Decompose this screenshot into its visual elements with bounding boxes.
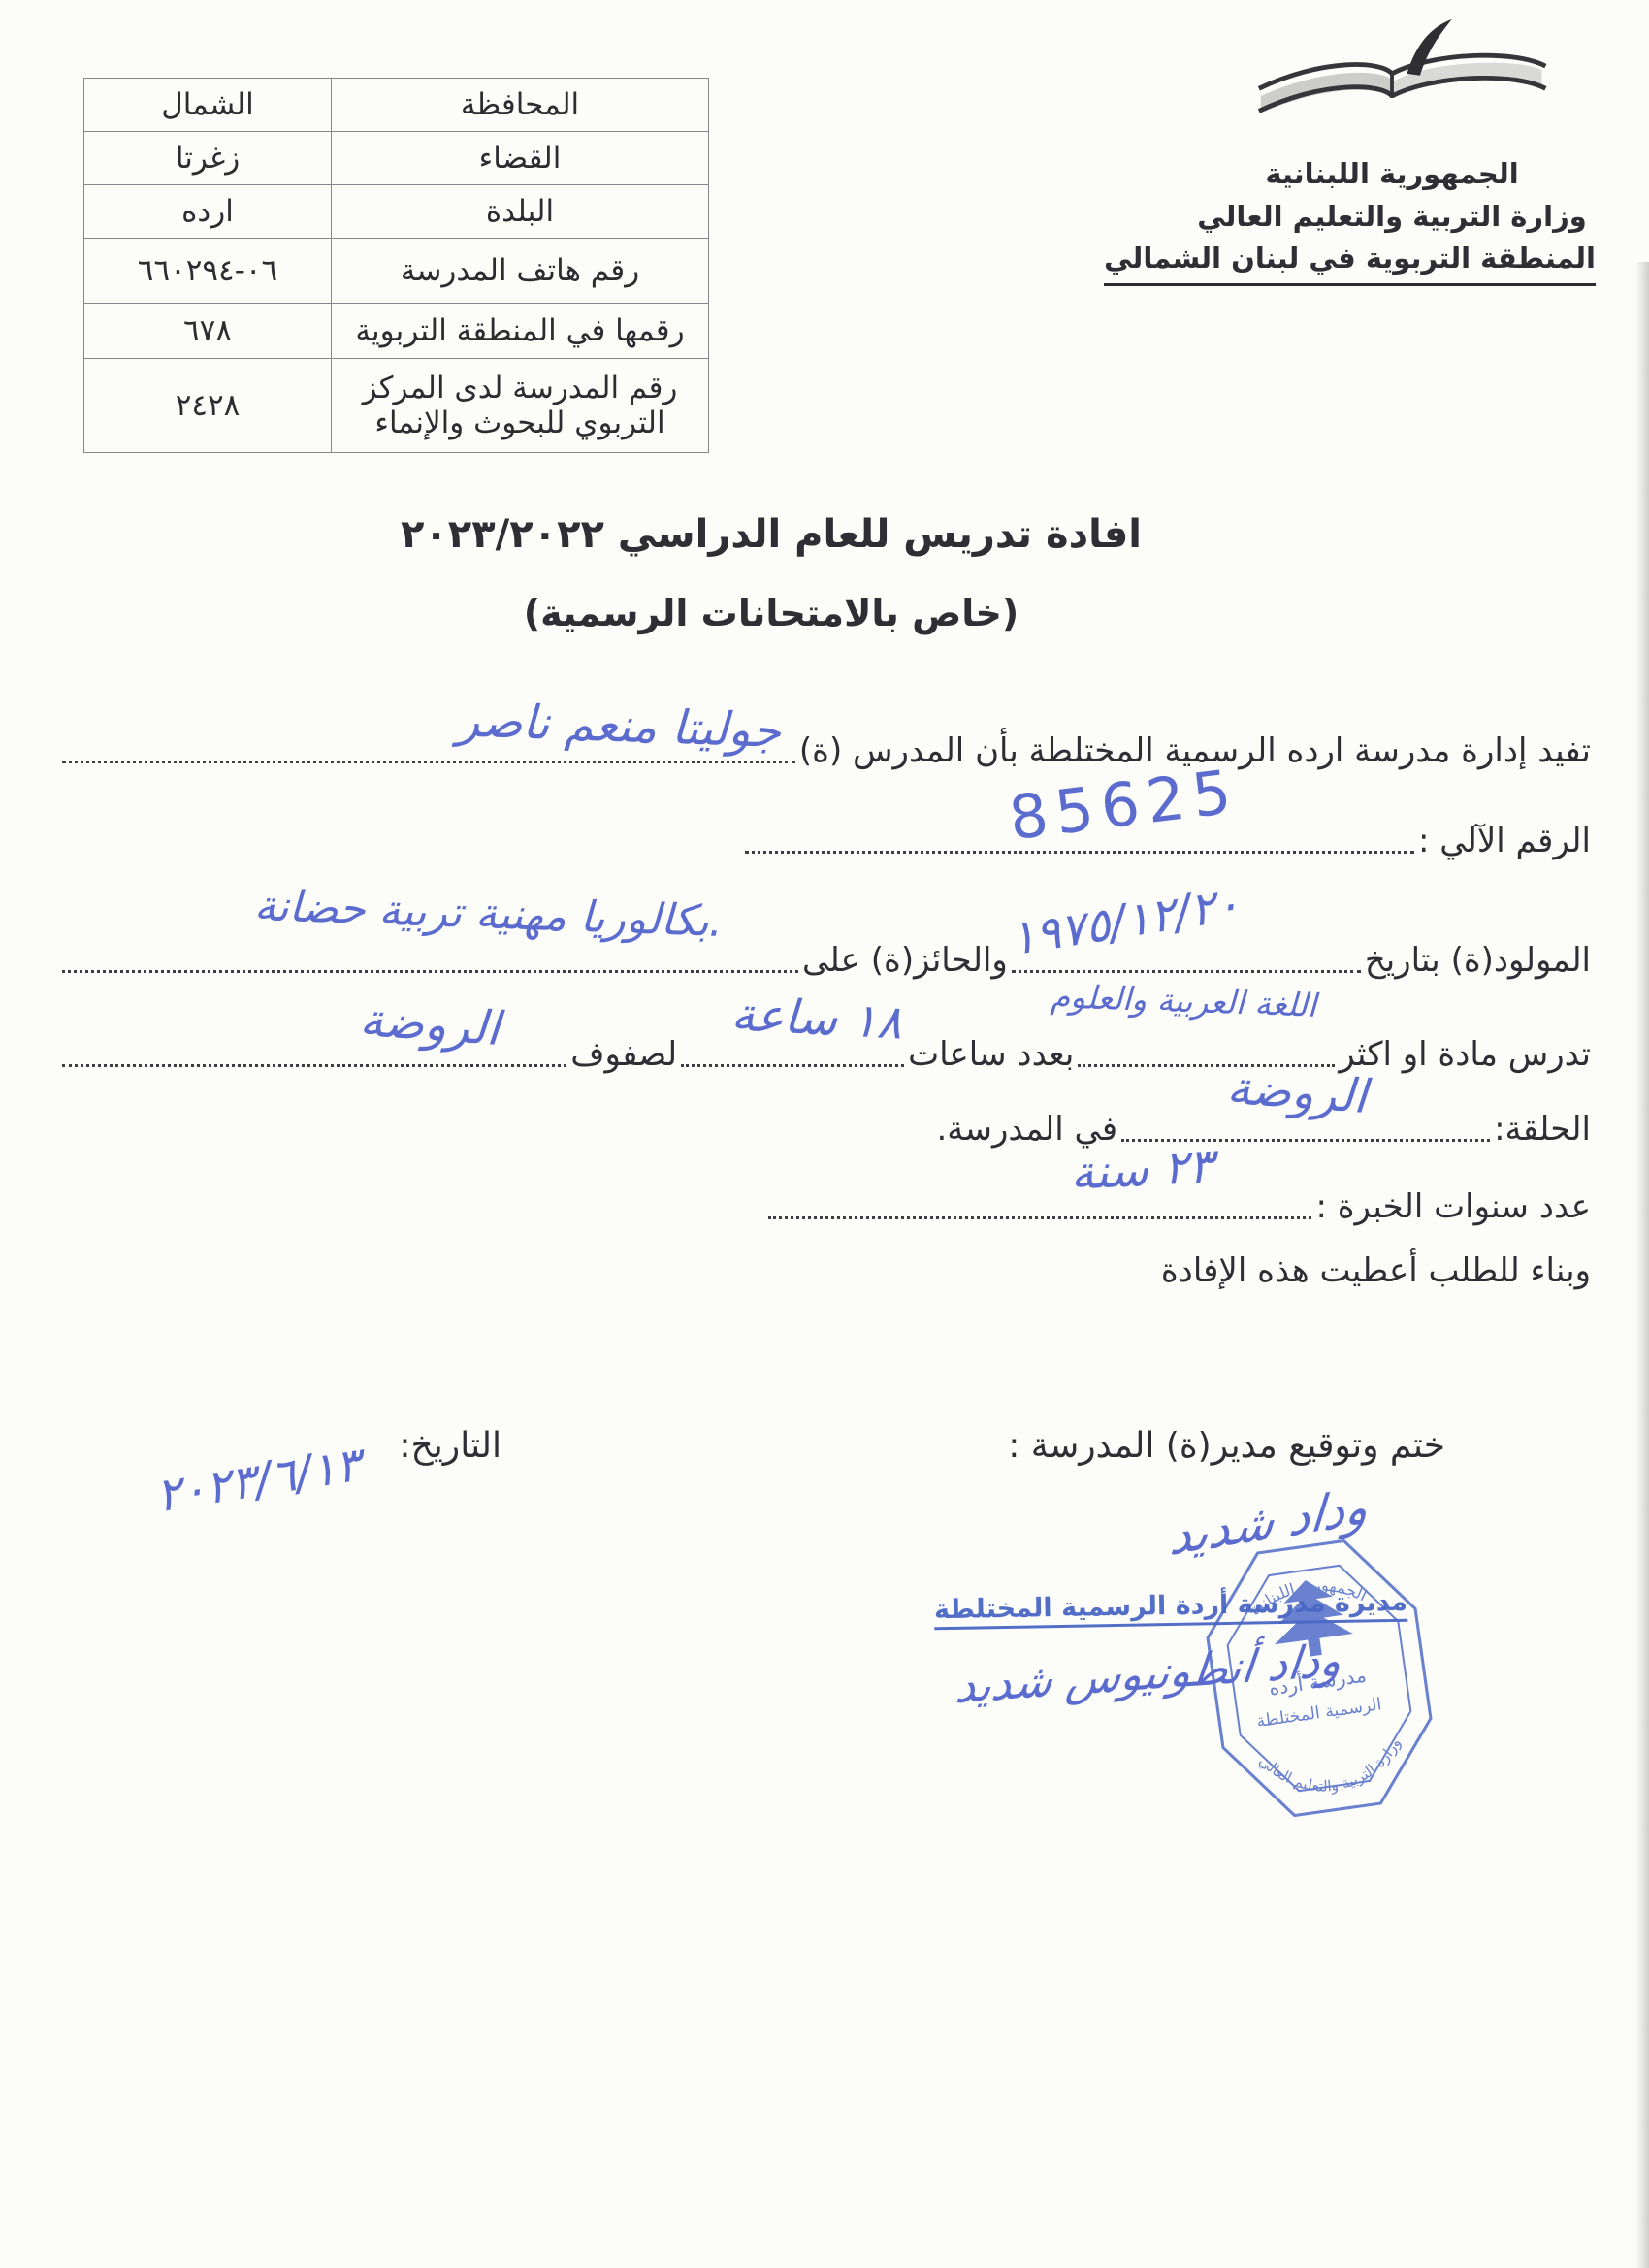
issued-statement: وبناء للطلب أعطيت هذه الإفادة <box>1161 1249 1591 1292</box>
scan-edge-shadow <box>1635 262 1649 2268</box>
dotted-line <box>1012 960 1361 973</box>
seal-school-type: الرسمية المختلطة <box>1255 1695 1382 1732</box>
letterhead-line-region: المنطقة التربوية في لبنان الشمالي <box>1104 238 1596 286</box>
subjects-label: تدرس مادة او اكثر <box>1339 1033 1591 1076</box>
handwritten-subjects: اللغة العربية والعلوم <box>1037 977 1329 1024</box>
birthdate-label: المولود(ة) بتاريخ <box>1365 939 1591 982</box>
body-line-birth-degree: المولود(ة) بتاريخ والحائز(ة) على <box>58 939 1591 982</box>
document-title: افادة تدريس للعام الدراسي ٢٠٢٣/٢٠٢٢ <box>0 512 1542 557</box>
document-subtitle: (خاص بالامتحانات الرسمية) <box>0 592 1542 634</box>
date-label: التاريخ: <box>399 1426 501 1466</box>
dotted-line <box>681 1054 904 1067</box>
table-cell-value: ٢٤٢٨ <box>84 359 332 453</box>
experience-label: عدد سنوات الخبرة : <box>1315 1185 1591 1228</box>
table-cell-value: الشمال <box>84 79 332 132</box>
dotted-line <box>62 960 798 973</box>
table-cell-label: رقم المدرسة لدى المركز التربوي للبحوث وا… <box>332 359 709 453</box>
in-school-label: في المدرسة. <box>936 1108 1117 1150</box>
body-line-issued: وبناء للطلب أعطيت هذه الإفادة <box>1161 1249 1591 1292</box>
handwritten-degree: بكالوريا مهنية تربية حضانة. <box>44 874 724 947</box>
letterhead-line-republic: الجمهورية اللبنانية <box>1188 153 1596 196</box>
table-row: رقم المدرسة لدى المركز التربوي للبحوث وا… <box>84 359 709 453</box>
table-row: رقم هاتف المدرسة ٠٦-٦٦٠٢٩٤ <box>84 239 709 304</box>
table-cell-label: المحافظة <box>332 79 709 132</box>
dotted-line <box>768 1207 1311 1219</box>
principal-stamp-signature-label: ختم وتوقيع مدير(ة) المدرسة : <box>1008 1426 1445 1466</box>
open-book-logo <box>1232 16 1552 151</box>
letterhead-line-ministry: وزارة التربية والتعليم العالي <box>1188 196 1596 239</box>
handwritten-date: ٢٠٢٣/٦/١٣ <box>152 1438 365 1524</box>
title-block: افادة تدريس للعام الدراسي ٢٠٢٣/٢٠٢٢ (خاص… <box>0 512 1542 634</box>
table-cell-label: رقمها في المنطقة التربوية <box>332 304 709 359</box>
table-row: البلدة ارده <box>84 185 709 239</box>
info-table-body: المحافظة الشمال القضاء زغرتا البلدة ارده… <box>84 79 709 453</box>
table-cell-label: القضاء <box>332 132 709 185</box>
letterhead: الجمهورية اللبنانية وزارة التربية والتعل… <box>1188 16 1596 286</box>
table-cell-label: رقم هاتف المدرسة <box>332 239 709 304</box>
info-table: المحافظة الشمال القضاء زغرتا البلدة ارده… <box>83 78 709 453</box>
table-cell-value: ٦٧٨ <box>84 304 332 359</box>
cycle-label: الحلقة: <box>1494 1108 1591 1150</box>
table-row: رقمها في المنطقة التربوية ٦٧٨ <box>84 304 709 359</box>
table-cell-label: البلدة <box>332 185 709 239</box>
table-row: القضاء زغرتا <box>84 132 709 185</box>
dotted-line <box>62 1054 566 1067</box>
hours-label: بعدد ساعات <box>908 1033 1074 1076</box>
table-cell-value: زغرتا <box>84 132 332 185</box>
table-cell-value: ارده <box>84 185 332 239</box>
table-row: المحافظة الشمال <box>84 79 709 132</box>
auto-number-label: الرقم الآلي : <box>1418 820 1591 862</box>
document-page: المحافظة الشمال القضاء زغرتا البلدة ارده… <box>0 0 1649 2268</box>
grades-label: لصفوف <box>570 1033 677 1076</box>
table-cell-value: ٠٦-٦٦٠٢٩٤ <box>84 239 332 304</box>
